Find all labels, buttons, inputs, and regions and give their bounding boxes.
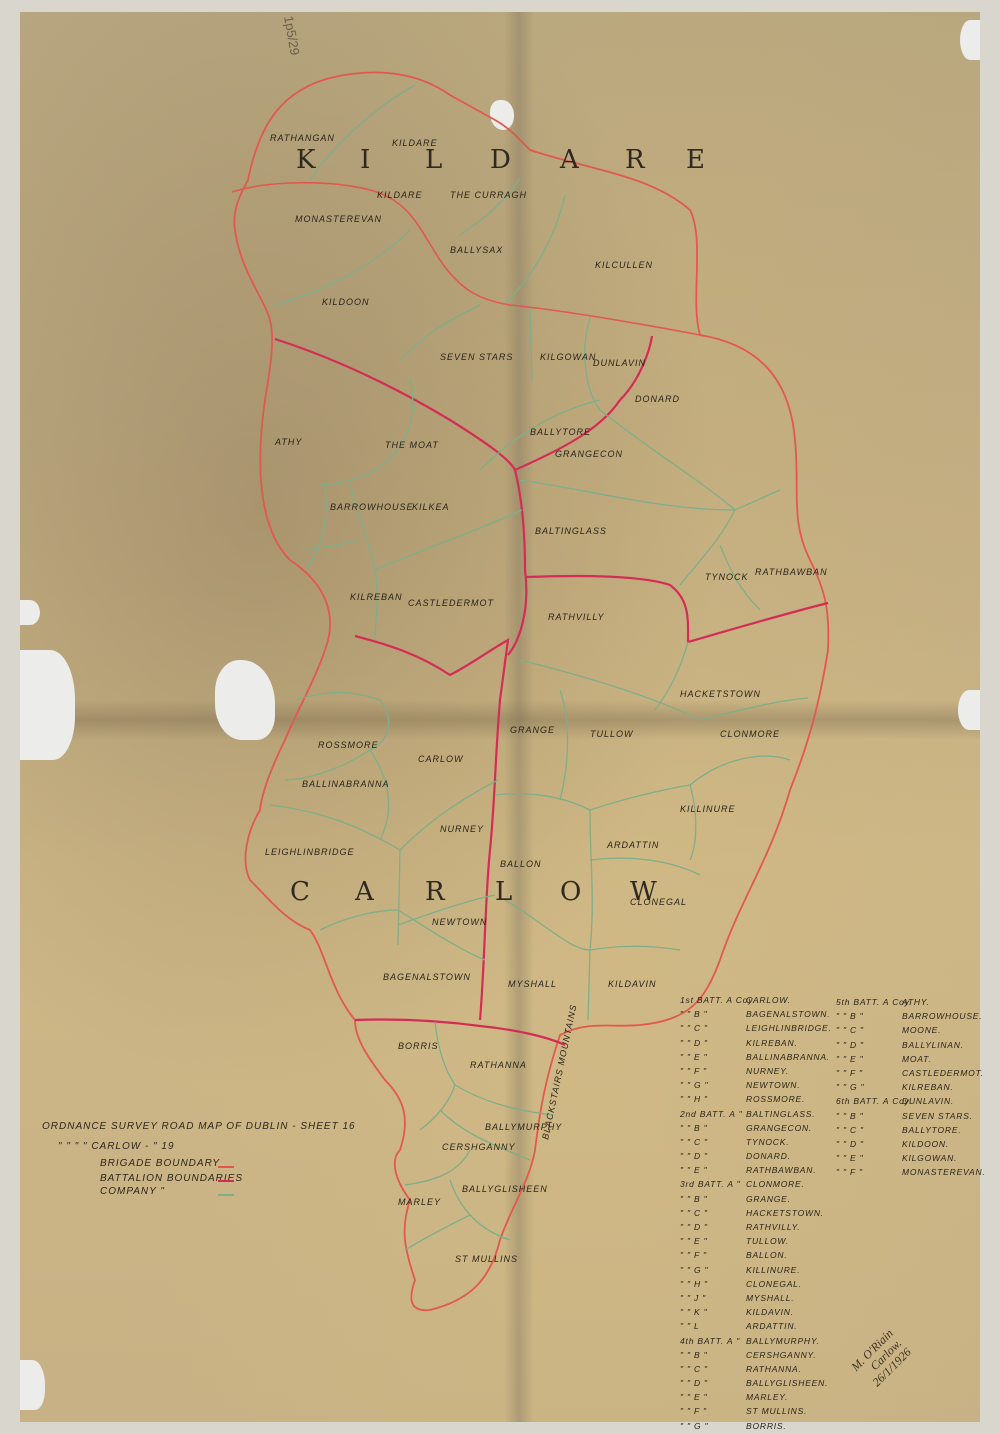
key-company-name: MOAT. (902, 1054, 932, 1068)
area-label: THE MOAT (385, 440, 439, 450)
key-company-code: " " D " (680, 1378, 746, 1392)
key-company-code: " " E " (680, 1392, 746, 1406)
key-row: " " G "BORRIS. (680, 1421, 832, 1434)
key-row: " " G "KILREBAN. (836, 1082, 986, 1096)
area-label: RATHANGAN (270, 133, 335, 143)
area-label: CLONMORE (720, 729, 780, 739)
key-company-name: DONARD. (746, 1151, 791, 1165)
key-company-code: " " F " (836, 1068, 902, 1082)
key-company-code: " " E " (680, 1052, 746, 1066)
county-label-kildare: R (625, 145, 647, 175)
key-row: " " C "MOONE. (836, 1025, 986, 1039)
key-company-code: " " B " (680, 1123, 746, 1137)
key-company-name: MYSHALL. (746, 1293, 794, 1307)
key-company-code: " " H " (680, 1094, 746, 1108)
key-company-code: " " B " (680, 1194, 746, 1208)
area-label: GRANGE (510, 725, 555, 735)
key-row: " " E "KILGOWAN. (836, 1153, 986, 1167)
key-row: " " C "BALLYTORE. (836, 1125, 986, 1139)
key-row: " " F "MONASTEREVAN. (836, 1167, 986, 1181)
key-row: " " D "KILREBAN. (680, 1038, 832, 1052)
key-row: " " LARDATTIN. (680, 1321, 832, 1335)
key-company-code: " " C " (680, 1364, 746, 1378)
key-row: " " C "TYNOCK. (680, 1137, 832, 1151)
key-company-name: BALTINGLASS. (746, 1109, 815, 1123)
key-company-name: ROSSMORE. (746, 1094, 805, 1108)
key-row: " " E "MARLEY. (680, 1392, 832, 1406)
area-label: ATHY (274, 437, 302, 447)
key-company-name: RATHANNA. (746, 1364, 802, 1378)
key-company-code: " " E " (836, 1054, 902, 1068)
key-row: " " J "MYSHALL. (680, 1293, 832, 1307)
key-row: " " F "CASTLEDERMOT. (836, 1068, 986, 1082)
key-company-code: " " G " (836, 1082, 902, 1096)
area-label: BALTINGLASS (535, 526, 607, 536)
key-company-code: " " F " (680, 1066, 746, 1080)
key-company-name: KILDOON. (902, 1139, 949, 1153)
area-label: KILDAVIN (608, 979, 657, 989)
company-key-col1: 1st BATT. A Coy.CARLOW." " B "BAGENALSTO… (680, 995, 832, 1434)
county-label-carlow: L (495, 877, 514, 907)
key-company-name: GRANGE. (746, 1194, 791, 1208)
key-company-name: TYNOCK. (746, 1137, 789, 1151)
key-company-name: CLONMORE. (746, 1179, 805, 1193)
key-company-code: " " B " (680, 1350, 746, 1364)
area-label: KILDOON (322, 297, 370, 307)
key-company-code: 4th BATT. A " (680, 1336, 746, 1350)
county-label-kildare: D (490, 145, 513, 175)
area-label: ARDATTIN (606, 840, 659, 850)
key-company-name: ARDATTIN. (746, 1321, 797, 1335)
key-row: " " B "BARROWHOUSE. (836, 1011, 986, 1025)
key-company-code: " " K " (680, 1307, 746, 1321)
key-company-code: " " C " (680, 1023, 746, 1037)
area-label: NURNEY (440, 824, 484, 834)
county-label-kildare: A (559, 145, 581, 175)
key-row: " " D "KILDOON. (836, 1139, 986, 1153)
key-company-code: " " F " (680, 1250, 746, 1264)
key-company-name: BORRIS. (746, 1421, 787, 1434)
county-label-carlow: C (290, 877, 312, 907)
key-company-code: " " F " (680, 1406, 746, 1420)
key-company-name: MARLEY. (746, 1392, 788, 1406)
key-company-code: " " J " (680, 1293, 746, 1307)
area-label: RATHVILLY (548, 612, 605, 622)
key-company-name: KILGOWAN. (902, 1153, 957, 1167)
key-company-name: BALLON. (746, 1250, 788, 1264)
legend-battalion-swatch (218, 1180, 234, 1182)
key-company-code: " " C " (836, 1025, 902, 1039)
area-label: CERSHGANNY (442, 1142, 516, 1152)
county-label-kildare: E (686, 145, 707, 175)
area-label: BALLYGLISHEEN (462, 1184, 548, 1194)
legend-brigade-swatch (218, 1166, 234, 1168)
key-company-name: NEWTOWN. (746, 1080, 800, 1094)
key-company-code: " " G " (680, 1421, 746, 1434)
key-row: " " B "SEVEN STARS. (836, 1111, 986, 1125)
area-label: KILKEA (412, 502, 450, 512)
key-row: " " K "KILDAVIN. (680, 1307, 832, 1321)
county-label-kildare: L (425, 145, 444, 175)
key-company-name: HACKETSTOWN. (746, 1208, 824, 1222)
key-row: " " G "KILLINURE. (680, 1265, 832, 1279)
key-company-code: " " F " (836, 1167, 902, 1181)
area-label: KILCULLEN (595, 260, 653, 270)
key-company-code: 6th BATT. A Coy. (836, 1096, 902, 1110)
key-company-code: " " B " (836, 1011, 902, 1025)
area-label: KILGOWAN (540, 352, 596, 362)
key-company-code: " " D " (680, 1151, 746, 1165)
legend-battalion-label: BATTALION BOUNDARIES (100, 1173, 243, 1184)
area-label: CARLOW (418, 754, 464, 764)
key-company-code: 3rd BATT. A " (680, 1179, 746, 1193)
key-company-name: LEIGHLINBRIDGE. (746, 1023, 832, 1037)
area-label: BALLON (500, 859, 542, 869)
area-label: KILDARE (392, 138, 438, 148)
county-label-kildare: I (360, 145, 372, 175)
key-company-code: " " C " (680, 1137, 746, 1151)
key-row: 2nd BATT. A "BALTINGLASS. (680, 1109, 832, 1123)
key-row: 6th BATT. A Coy.DUNLAVIN. (836, 1096, 986, 1110)
area-label: GRANGECON (555, 449, 623, 459)
area-label: BORRIS (398, 1041, 439, 1051)
area-label: KILREBAN (350, 592, 403, 602)
key-company-name: KILDAVIN. (746, 1307, 794, 1321)
area-label: SEVEN STARS (440, 352, 513, 362)
legend-company-swatch (218, 1194, 234, 1196)
area-label: BALLYSAX (450, 245, 503, 255)
key-company-code: " " H " (680, 1279, 746, 1293)
area-label: ROSSMORE (318, 740, 379, 750)
key-row: 4th BATT. A "BALLYMURPHY. (680, 1336, 832, 1350)
source-line-1: ORDNANCE SURVEY ROAD MAP OF DUBLIN - SHE… (42, 1121, 356, 1132)
area-label: DONARD (635, 394, 680, 404)
key-company-name: BAGENALSTOWN. (746, 1009, 830, 1023)
area-label: BLACKSTAIRS MOUNTAINS (540, 1003, 579, 1140)
key-row: " " G "NEWTOWN. (680, 1080, 832, 1094)
key-company-name: KILREBAN. (902, 1082, 954, 1096)
key-company-code: " " D " (680, 1038, 746, 1052)
key-company-code: " " E " (680, 1165, 746, 1179)
key-company-name: CARLOW. (746, 995, 791, 1009)
area-label: TULLOW (590, 729, 634, 739)
county-label-kildare: K (296, 145, 317, 175)
area-label: LEIGHLINBRIDGE (265, 847, 355, 857)
key-company-name: RATHBAWBAN. (746, 1165, 816, 1179)
key-row: " " H "CLONEGAL. (680, 1279, 832, 1293)
county-label-carlow: R (425, 877, 447, 907)
key-row: " " D "BALLYLINAN. (836, 1040, 986, 1054)
area-label: HACKETSTOWN (680, 689, 761, 699)
area-label: BALLINABRANNA (302, 779, 390, 789)
key-company-code: " " B " (680, 1009, 746, 1023)
key-company-name: GRANGECON. (746, 1123, 812, 1137)
key-company-code: " " C " (680, 1208, 746, 1222)
source-line-2: " " " " CARLOW - " 19 (58, 1141, 175, 1152)
area-label: THE CURRAGH (450, 190, 527, 200)
key-row: " " B "GRANGECON. (680, 1123, 832, 1137)
county-label-carlow: O (560, 877, 583, 907)
key-company-name: ATHY. (902, 997, 930, 1011)
key-company-name: DUNLAVIN. (902, 1096, 954, 1110)
key-company-code: " " G " (680, 1080, 746, 1094)
area-label: CLONEGAL (630, 897, 687, 907)
key-company-name: MOONE. (902, 1025, 941, 1039)
key-company-name: KILLINURE. (746, 1265, 800, 1279)
key-company-name: BARROWHOUSE. (902, 1011, 982, 1025)
key-row: " " C "RATHANNA. (680, 1364, 832, 1378)
key-row: 1st BATT. A Coy.CARLOW. (680, 995, 832, 1009)
area-label: MYSHALL (508, 979, 557, 989)
key-row: " " E "BALLINABRANNA. (680, 1052, 832, 1066)
key-row: " " B "CERSHGANNY. (680, 1350, 832, 1364)
key-company-code: 1st BATT. A Coy. (680, 995, 746, 1009)
key-company-name: CERSHGANNY. (746, 1350, 816, 1364)
legend-company-label: COMPANY " (100, 1186, 165, 1197)
area-label: DUNLAVIN (593, 358, 646, 368)
key-row: " " D "BALLYGLISHEEN. (680, 1378, 832, 1392)
battalion-boundary (355, 1019, 565, 1045)
company-key-col2: 5th BATT. A Coy.ATHY." " B "BARROWHOUSE.… (836, 997, 986, 1181)
key-row: " " H "ROSSMORE. (680, 1094, 832, 1108)
key-company-code: " " E " (836, 1153, 902, 1167)
key-company-name: BALLINABRANNA. (746, 1052, 830, 1066)
legend-brigade-label: BRIGADE BOUNDARY (100, 1158, 220, 1169)
key-company-code: " " E " (680, 1236, 746, 1250)
area-label: NEWTOWN (432, 917, 487, 927)
key-company-code: " " D " (836, 1040, 902, 1054)
area-label: MARLEY (398, 1197, 441, 1207)
district-map: K I L D A R E C A R L O W RATHANGANKILDA… (0, 0, 1000, 1434)
county-label-carlow: A (354, 877, 376, 907)
area-label: BALLYTORE (530, 427, 591, 437)
key-company-name: BALLYLINAN. (902, 1040, 964, 1054)
key-company-name: BALLYMURPHY. (746, 1336, 820, 1350)
area-label: ST MULLINS (455, 1254, 518, 1264)
key-row: " " E "RATHBAWBAN. (680, 1165, 832, 1179)
battalion-boundary (526, 576, 828, 642)
key-company-code: " " G " (680, 1265, 746, 1279)
key-company-name: KILREBAN. (746, 1038, 798, 1052)
key-row: 5th BATT. A Coy.ATHY. (836, 997, 986, 1011)
key-company-name: BALLYTORE. (902, 1125, 962, 1139)
area-label: KILDARE (377, 190, 423, 200)
key-company-name: CASTLEDERMOT. (902, 1068, 984, 1082)
key-company-code: 5th BATT. A Coy. (836, 997, 902, 1011)
key-company-code: " " L (680, 1321, 746, 1335)
key-row: " " F "BALLON. (680, 1250, 832, 1264)
key-company-name: RATHVILLY. (746, 1222, 800, 1236)
key-row: " " B "BAGENALSTOWN. (680, 1009, 832, 1023)
key-row: " " E "TULLOW. (680, 1236, 832, 1250)
area-label: BARROWHOUSE (330, 502, 414, 512)
key-row: " " D "RATHVILLY. (680, 1222, 832, 1236)
area-label: BAGENALSTOWN (383, 972, 471, 982)
area-label: TYNOCK (705, 572, 749, 582)
key-company-name: TULLOW. (746, 1236, 789, 1250)
area-label: MONASTEREVAN (295, 214, 382, 224)
key-company-code: " " D " (680, 1222, 746, 1236)
key-company-name: SEVEN STARS. (902, 1111, 973, 1125)
area-label: CASTLEDERMOT (408, 598, 495, 608)
key-row: " " B "GRANGE. (680, 1194, 832, 1208)
battalion-boundary (355, 636, 508, 1020)
key-company-code: 2nd BATT. A " (680, 1109, 746, 1123)
key-company-name: BALLYGLISHEEN. (746, 1378, 828, 1392)
area-label: RATHBAWBAN (755, 567, 828, 577)
key-company-code: " " C " (836, 1125, 902, 1139)
key-company-code: " " B " (836, 1111, 902, 1125)
key-row: 3rd BATT. A "CLONMORE. (680, 1179, 832, 1193)
key-row: " " C "LEIGHLINBRIDGE. (680, 1023, 832, 1037)
key-company-code: " " D " (836, 1139, 902, 1153)
key-row: " " C "HACKETSTOWN. (680, 1208, 832, 1222)
key-company-name: CLONEGAL. (746, 1279, 802, 1293)
key-row: " " F "ST MULLINS. (680, 1406, 832, 1420)
key-company-name: NURNEY. (746, 1066, 789, 1080)
key-row: " " D "DONARD. (680, 1151, 832, 1165)
area-label: KILLINURE (680, 804, 736, 814)
key-row: " " F "NURNEY. (680, 1066, 832, 1080)
key-row: " " E "MOAT. (836, 1054, 986, 1068)
key-company-name: ST MULLINS. (746, 1406, 807, 1420)
key-company-name: MONASTEREVAN. (902, 1167, 986, 1181)
area-label: RATHANNA (470, 1060, 527, 1070)
